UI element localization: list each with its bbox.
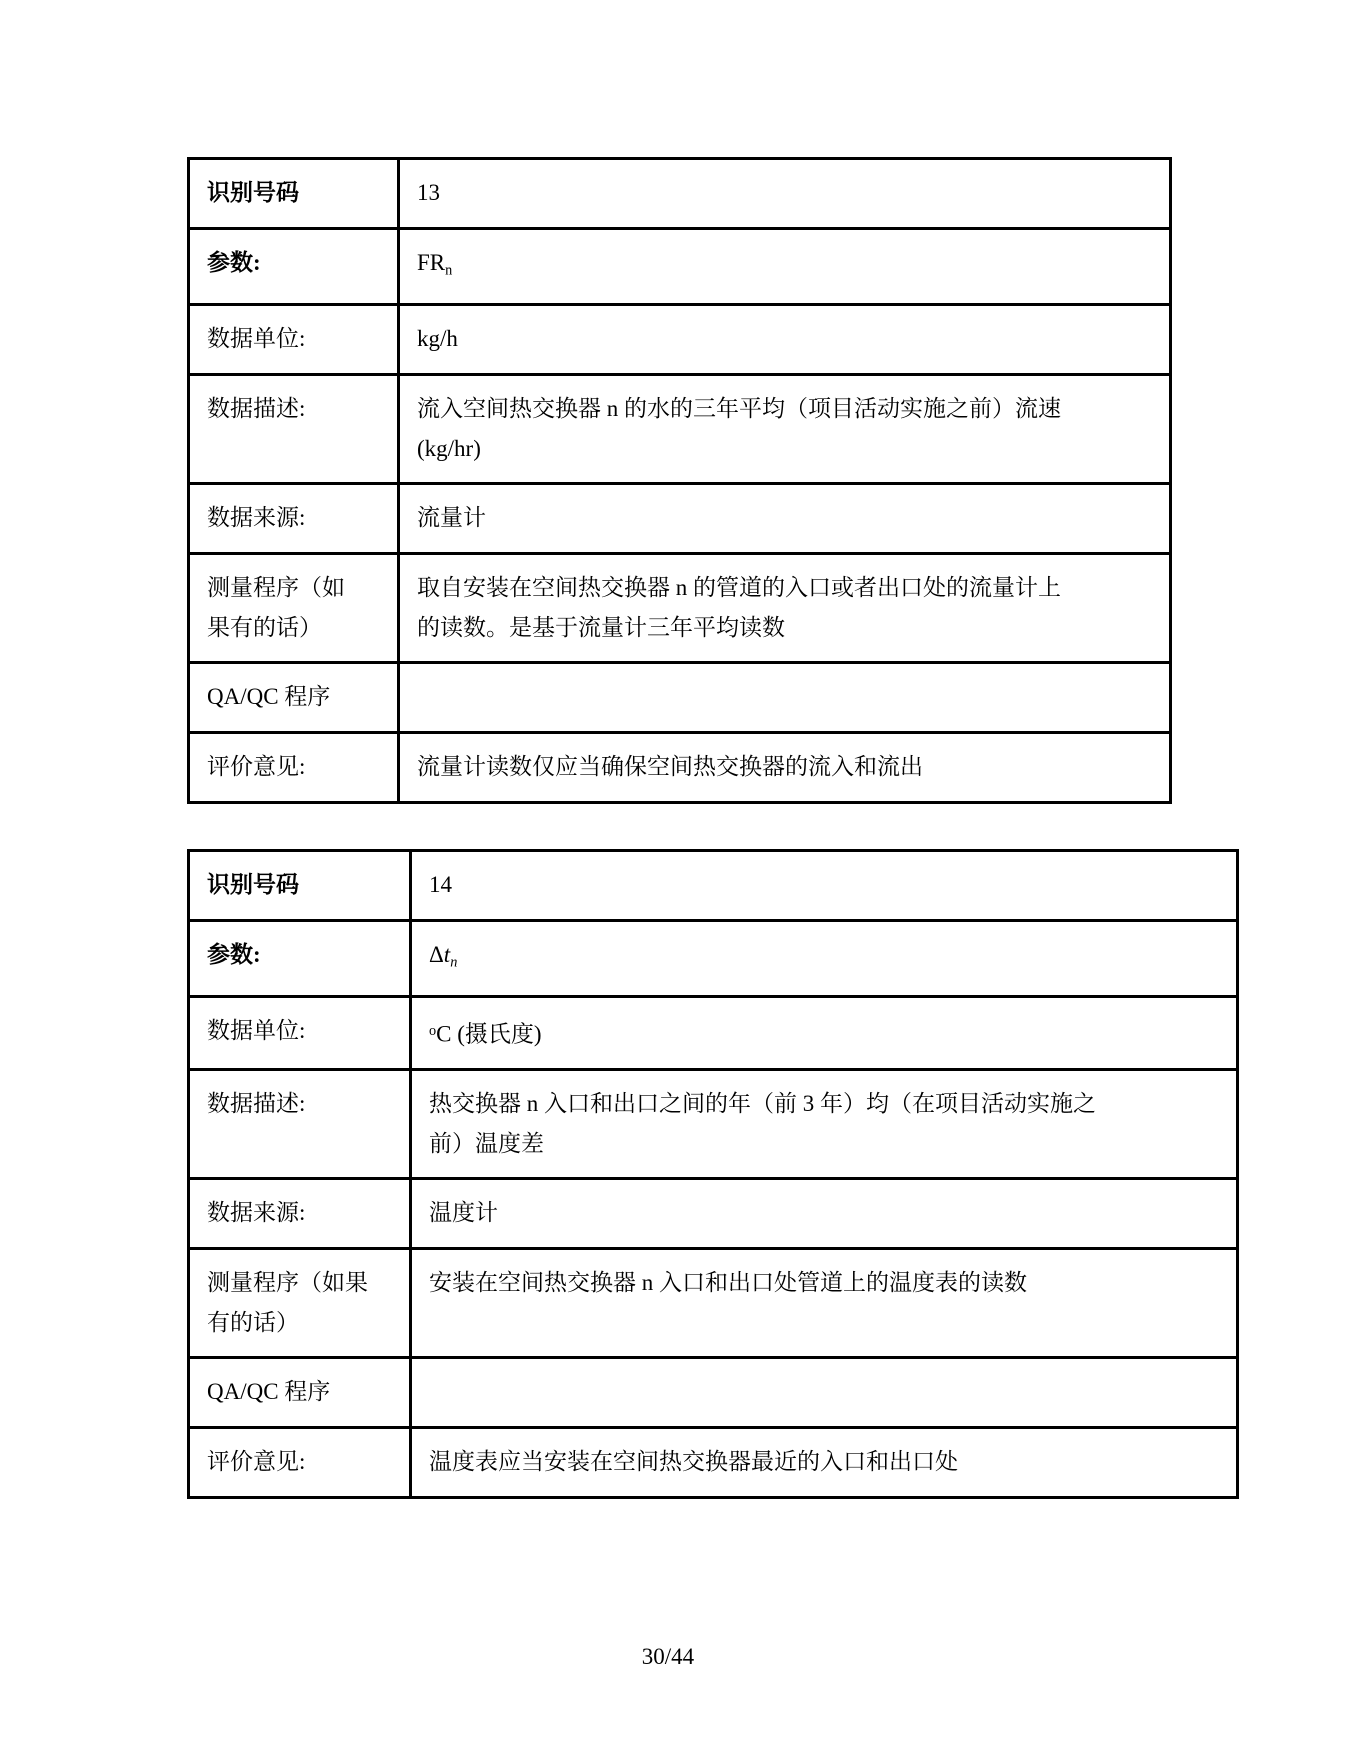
value-segment: 流量计 (417, 505, 486, 530)
row-label: 评价意见: (189, 1427, 411, 1497)
table-row: 数据单位:kg/h (189, 305, 1171, 375)
row-label: 测量程序（如 果有的话） (189, 554, 399, 663)
row-value: 温度表应当安装在空间热交换器最近的入口和出口处 (411, 1427, 1238, 1497)
table-row: 数据描述:流入空间热交换器 n 的水的三年平均（项目活动实施之前）流速 (kg/… (189, 375, 1171, 484)
value-segment: FR (417, 250, 445, 275)
row-value: 流入空间热交换器 n 的水的三年平均（项目活动实施之前）流速 (kg/hr) (399, 375, 1171, 484)
row-label: 数据单位: (189, 305, 399, 375)
table-row: 识别号码14 (189, 851, 1238, 921)
value-segment: n (445, 262, 452, 278)
row-value: 流量计 (399, 484, 1171, 554)
table-row: 数据来源:流量计 (189, 484, 1171, 554)
row-value: 14 (411, 851, 1238, 921)
row-label: QA/QC 程序 (189, 1357, 411, 1427)
value-segment: kg/h (417, 326, 458, 351)
value-segment: 流量计读数仅应当确保空间热交换器的流入和流出 (417, 754, 923, 779)
parameter-table-13: 识别号码13参数:FRn数据单位:kg/h数据描述:流入空间热交换器 n 的水的… (187, 157, 1172, 804)
row-label: 数据来源: (189, 484, 399, 554)
value-segment: 13 (417, 180, 440, 205)
row-value: FRn (399, 229, 1171, 305)
table-row: 测量程序（如 果有的话）取自安装在空间热交换器 n 的管道的入口或者出口处的流量… (189, 554, 1171, 663)
row-value (411, 1357, 1238, 1427)
document-page: 识别号码13参数:FRn数据单位:kg/h数据描述:流入空间热交换器 n 的水的… (0, 0, 1360, 1760)
table-row: 参数:Δtn (189, 921, 1238, 997)
value-segment: C (摄氏度) (436, 1022, 541, 1047)
table-row: 数据单位:oC (摄氏度) (189, 997, 1238, 1069)
value-segment: 14 (429, 872, 452, 897)
table-row: 数据描述:热交换器 n 入口和出口之间的年（前 3 年）均（在项目活动实施之 前… (189, 1069, 1238, 1178)
row-value: 13 (399, 159, 1171, 229)
row-label: 参数: (189, 229, 399, 305)
value-segment: 热交换器 n 入口和出口之间的年（前 3 年）均（在项目活动实施之 前）温度差 (429, 1091, 1096, 1156)
table-row: 数据来源:温度计 (189, 1178, 1238, 1248)
table-row: 评价意见:流量计读数仅应当确保空间热交换器的流入和流出 (189, 733, 1171, 803)
row-value: 流量计读数仅应当确保空间热交换器的流入和流出 (399, 733, 1171, 803)
parameter-table-14: 识别号码14参数:Δtn数据单位:oC (摄氏度)数据描述:热交换器 n 入口和… (187, 849, 1239, 1499)
row-label: 识别号码 (189, 159, 399, 229)
row-value: 取自安装在空间热交换器 n 的管道的入口或者出口处的流量计上 的读数。是基于流量… (399, 554, 1171, 663)
page-number: 30/44 (0, 1643, 1336, 1671)
table-row: 参数:FRn (189, 229, 1171, 305)
value-segment: 取自安装在空间热交换器 n 的管道的入口或者出口处的流量计上 的读数。是基于流量… (417, 575, 1061, 640)
value-segment: n (450, 954, 457, 970)
row-label: 数据来源: (189, 1178, 411, 1248)
row-label: 数据描述: (189, 375, 399, 484)
row-value: 温度计 (411, 1178, 1238, 1248)
value-segment: Δ (429, 942, 444, 967)
row-value: kg/h (399, 305, 1171, 375)
table-row: QA/QC 程序 (189, 1357, 1238, 1427)
row-label: 数据描述: (189, 1069, 411, 1178)
row-label: 数据单位: (189, 997, 411, 1069)
row-label: QA/QC 程序 (189, 663, 399, 733)
row-value: Δtn (411, 921, 1238, 997)
row-value: oC (摄氏度) (411, 997, 1238, 1069)
table-row: 评价意见:温度表应当安装在空间热交换器最近的入口和出口处 (189, 1427, 1238, 1497)
row-value: 安装在空间热交换器 n 入口和出口处管道上的温度表的读数 (411, 1248, 1238, 1357)
table-row: QA/QC 程序 (189, 663, 1171, 733)
row-label: 识别号码 (189, 851, 411, 921)
table-row: 测量程序（如果 有的话）安装在空间热交换器 n 入口和出口处管道上的温度表的读数 (189, 1248, 1238, 1357)
value-segment: 温度计 (429, 1200, 498, 1225)
table-row: 识别号码13 (189, 159, 1171, 229)
row-label: 评价意见: (189, 733, 399, 803)
value-segment: 温度表应当安装在空间热交换器最近的入口和出口处 (429, 1449, 958, 1474)
row-label: 测量程序（如果 有的话） (189, 1248, 411, 1357)
value-segment: 安装在空间热交换器 n 入口和出口处管道上的温度表的读数 (429, 1270, 1027, 1295)
value-segment: 流入空间热交换器 n 的水的三年平均（项目活动实施之前）流速 (kg/hr) (417, 396, 1061, 461)
row-label: 参数: (189, 921, 411, 997)
row-value (399, 663, 1171, 733)
row-value: 热交换器 n 入口和出口之间的年（前 3 年）均（在项目活动实施之 前）温度差 (411, 1069, 1238, 1178)
